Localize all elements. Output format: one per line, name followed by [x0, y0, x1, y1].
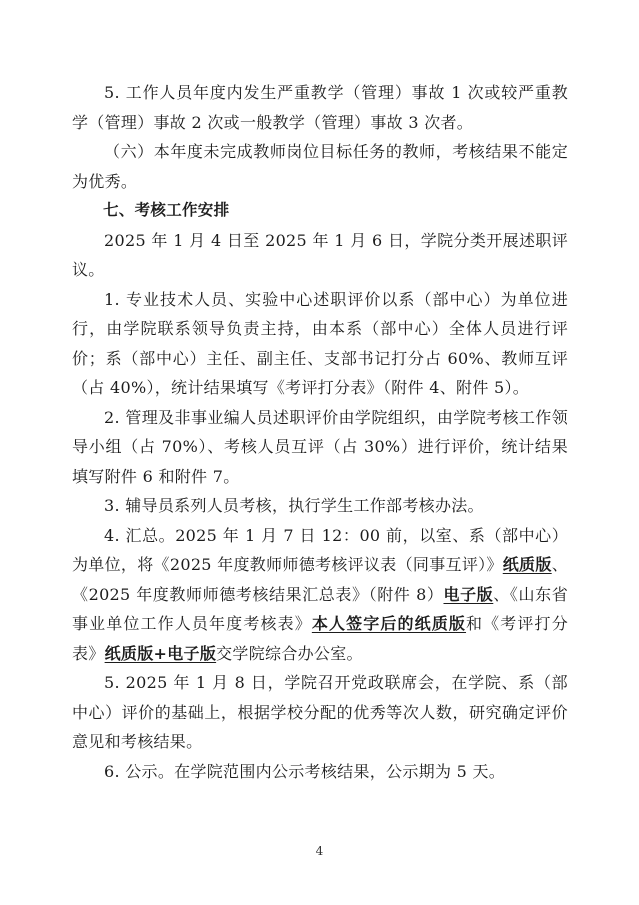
page-number: 4 [0, 844, 639, 858]
paragraph-item6-publicity: 6. 公示。在学院范围内公示考核结果，公示期为 5 天。 [72, 757, 568, 787]
run-signed-paper-version: 本人签字后的纸质版 [312, 614, 466, 633]
paragraph-item4-summary: 4. 汇总。2025 年 1 月 7 日 12：00 前，以室、系（部中心）为单… [72, 521, 568, 669]
document-page: 5. 工作人员年度内发生严重教学（管理）事故 1 次或较严重教学（管理）事故 2… [0, 0, 639, 905]
run-normal: 交学院综合办公室。 [216, 644, 363, 663]
document-content: 5. 工作人员年度内发生严重教学（管理）事故 1 次或较严重教学（管理）事故 2… [72, 78, 568, 786]
section-heading-work-arrangement: 七、考核工作安排 [72, 196, 568, 226]
run-paper-plus-electronic: 纸质版+电子版 [105, 644, 217, 663]
paragraph-intro-dates: 2025 年 1 月 4 日至 2025 年 1 月 6 日，学院分类开展述职评… [72, 226, 568, 285]
run-electronic-version: 电子版 [443, 585, 493, 604]
paragraph-item5-meeting: 5. 2025 年 1 月 8 日，学院召开党政联席会，在学院、系（部中心）评价… [72, 668, 568, 757]
paragraph-item1-professional: 1. 专业技术人员、实验中心述职评价以系（部中心）为单位进行，由学院联系领导负责… [72, 285, 568, 403]
paragraph-accidents: 5. 工作人员年度内发生严重教学（管理）事故 1 次或较严重教学（管理）事故 2… [72, 78, 568, 137]
run-paper-version: 纸质版 [503, 555, 552, 574]
paragraph-item2-management: 2. 管理及非事业编人员述职评价由学院组织，由学院考核工作领导小组（占 70%）… [72, 403, 568, 492]
paragraph-unfinished-tasks: （六）本年度未完成教师岗位目标任务的教师，考核结果不能定为优秀。 [72, 137, 568, 196]
run-normal: 4. 汇总。2025 年 1 月 7 日 12：00 前，以室、系（部中心）为单… [72, 526, 568, 575]
paragraph-item3-counselors: 3. 辅导员系列人员考核，执行学生工作部考核办法。 [72, 491, 568, 521]
